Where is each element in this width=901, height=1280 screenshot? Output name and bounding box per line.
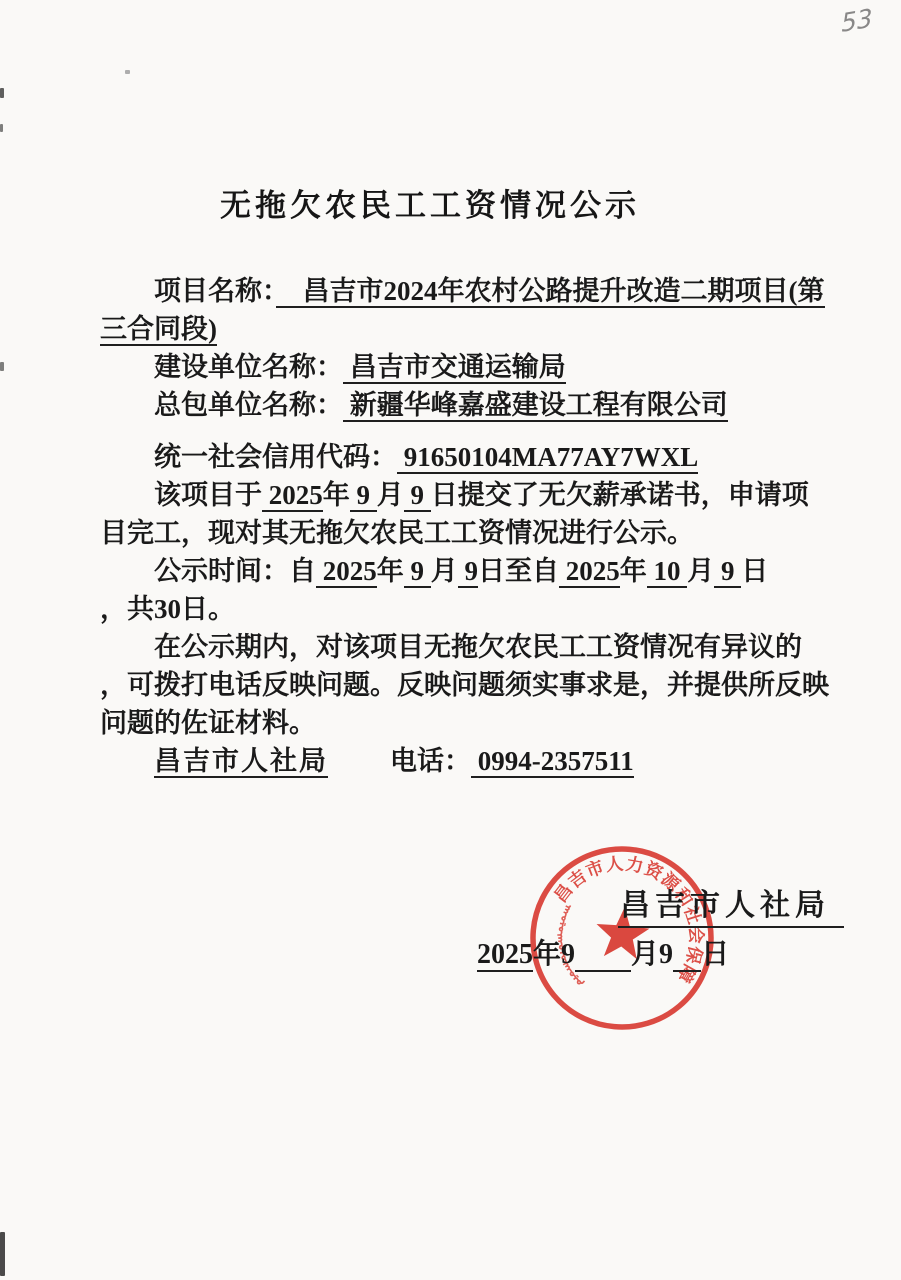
notice-body: 项目名称： 昌吉市2024年农村公路提升改造二期项目(第三合同段) 建设单位名称… (100, 272, 834, 780)
objection-paragraph: 在公示期内，对该项目无拖欠农民工工资情况有异议的，可拨打电话反映问题。反映问题须… (100, 628, 834, 742)
filled-blank-value: 9 (458, 556, 478, 588)
static-text: 日 (701, 939, 729, 970)
static-text: 总包单位名称： (154, 390, 343, 420)
static-text: 问题的佐证材料。 (100, 708, 316, 738)
general-contractor-line: 总包单位名称： 新疆华峰嘉盛建设工程有限公司 (100, 386, 834, 424)
static-text: 日提交了无欠薪承诺书，申请项 (431, 480, 809, 510)
signature-agency-name: 昌吉市人社局 (618, 880, 844, 928)
construction-unit-line: 建设单位名称： 昌吉市交通运输局 (100, 348, 834, 386)
scan-artifact (0, 1232, 5, 1276)
static-text: 月 (687, 556, 714, 586)
filled-blank-value: 2025 (262, 480, 323, 512)
filled-blank-value: 昌吉市交通运输局 (343, 352, 566, 384)
publicity-period-paragraph: 公示时间：自 2025年 9 月 9日至自 2025年 10 月 9 日，共30… (100, 552, 834, 628)
scanned-notice-page: 53 无拖欠农民工工资情况公示 项目名称： 昌吉市2024年农村公路提升改造二期… (0, 0, 901, 1280)
filled-blank-value: 91650104MA77AY7WXL (397, 442, 698, 474)
filled-blank-value: 2025 (316, 556, 377, 588)
filled-blank-value (673, 939, 701, 972)
static-text: 年 (323, 480, 350, 510)
credit-code-line: 统一社会信用代码： 91650104MA77AY7WXL (100, 438, 834, 476)
filled-blank-value: 10 (647, 556, 688, 588)
static-text: 在公示期内，对该项目无拖欠农民工工资情况有异议的 (154, 632, 802, 662)
contact-line: 昌吉市人社局电话： 0994-2357511 (100, 742, 834, 780)
filled-blank-value: 昌吉市2024年农村公路提升改造二期项目(第 (276, 276, 825, 308)
static-text: 建设单位名称： (154, 352, 343, 382)
static-text: 月 (431, 556, 458, 586)
static-text: 该项目于 (154, 480, 262, 510)
filled-blank-value: 新疆华峰嘉盛建设工程有限公司 (343, 390, 728, 422)
page-title: 无拖欠农民工工资情况公示 (0, 180, 860, 225)
filled-blank-value: 9 (404, 480, 431, 512)
filled-blank-value: 9 (714, 556, 741, 588)
filled-blank-value: 2025 (477, 939, 533, 972)
static-text: 目完工，现对其无拖欠农民工工资情况进行公示。 (100, 518, 694, 548)
scan-artifact (0, 362, 4, 371)
static-text: 公示时间：自 (154, 556, 316, 586)
scan-artifact (0, 88, 4, 98)
static-text: 统一社会信用代码： (154, 442, 397, 472)
phone-number: 0994-2357511 (471, 746, 634, 778)
static-text: 项目名称： (154, 276, 276, 306)
scan-artifact (125, 70, 130, 74)
scan-artifact (0, 124, 3, 132)
filled-blank-value: 9 (350, 480, 377, 512)
static-text: ，可拨打电话反映问题。反映问题须实事求是，并提供所反映 (100, 670, 829, 700)
filled-blank-value: 9 (404, 556, 431, 588)
static-text: 月 (377, 480, 404, 510)
handwritten-page-number: 53 (841, 3, 873, 38)
static-text: 日至自 (478, 556, 559, 586)
static-text: 日 (741, 556, 768, 586)
agency-name: 昌吉市人社局 (154, 746, 328, 778)
filled-blank-value: 三合同段) (100, 314, 217, 346)
static-text: 年9 (533, 939, 575, 970)
signature-date-line: 2025年9 月9 日 (477, 932, 729, 972)
static-text: 年 (620, 556, 647, 586)
static-text: 月9 (631, 939, 673, 970)
static-text: 年 (377, 556, 404, 586)
phone-label: 电话： (390, 746, 471, 776)
filled-blank-value: 2025 (559, 556, 620, 588)
project-name-line: 项目名称： 昌吉市2024年农村公路提升改造二期项目(第三合同段) (100, 272, 834, 348)
filled-blank-value (575, 939, 631, 972)
static-text: ，共30日。 (100, 594, 235, 624)
submission-paragraph: 该项目于 2025年 9 月 9 日提交了无欠薪承诺书，申请项目完工，现对其无拖… (100, 476, 834, 552)
